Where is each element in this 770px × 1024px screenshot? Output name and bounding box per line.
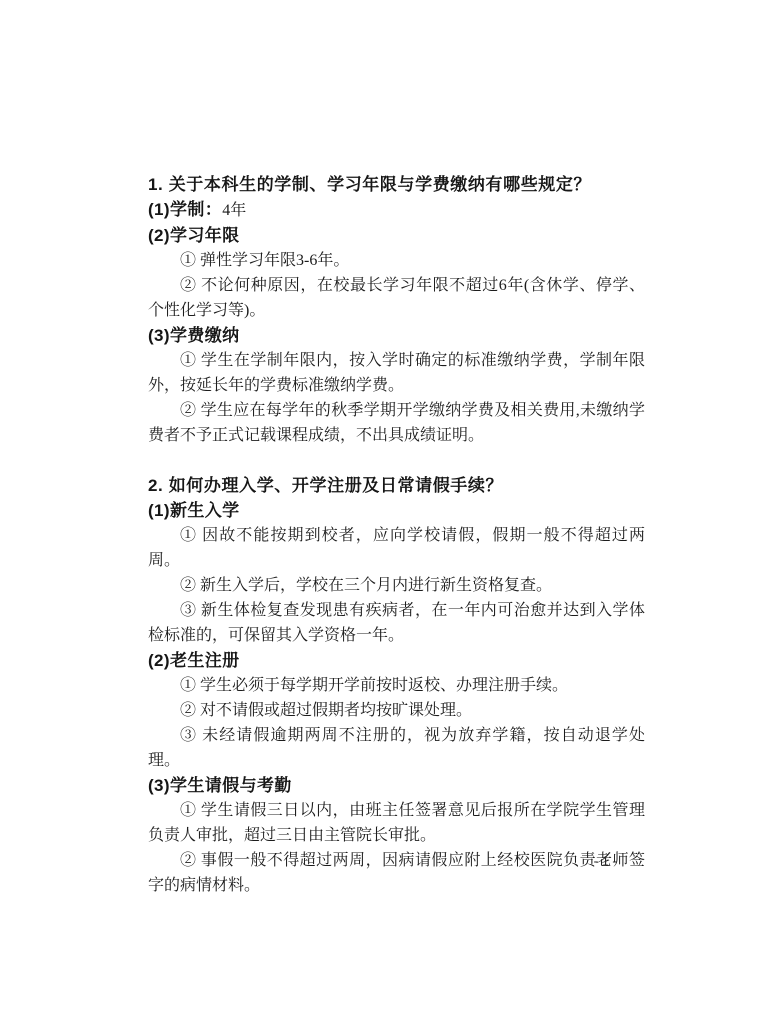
numbered-item: ① 学生必须于每学期开学前按时返校、办理注册手续。 <box>148 673 645 698</box>
subheading-label: (2)老生注册 <box>148 651 240 670</box>
numbered-item: ① 学生在学制年限内，按入学时确定的标准缴纳学费，学制年限外，按延长年的学费标准… <box>148 348 645 398</box>
section-1: 1. 关于本科生的学制、学习年限与学费缴纳有哪些规定？(1)学制：4年(2)学习… <box>148 172 645 448</box>
numbered-item: ③ 新生体检复查发现患有疾病者，在一年内可治愈并达到入学体检标准的，可保留其入学… <box>148 598 645 648</box>
page-number: - 1 - <box>594 854 617 869</box>
question-heading: 2. 如何办理入学、开学注册及日常请假手续？ <box>148 473 645 498</box>
subheading: (1)新生入学 <box>148 498 645 523</box>
subheading: (3)学费缴纳 <box>148 323 645 348</box>
numbered-item: ① 弹性学习年限3-6年。 <box>148 248 645 273</box>
subheading-label: (1)新生入学 <box>148 501 240 520</box>
subheading-label: (2)学习年限 <box>148 226 240 245</box>
question-heading: 1. 关于本科生的学制、学习年限与学费缴纳有哪些规定？ <box>148 172 645 197</box>
numbered-item: ① 因故不能按期到校者，应向学校请假，假期一般不得超过两周。 <box>148 523 645 573</box>
subheading: (2)学习年限 <box>148 223 645 248</box>
numbered-item: ③ 未经请假逾期两周不注册的，视为放弃学籍，按自动退学处理。 <box>148 723 645 773</box>
subheading: (3)学生请假与考勤 <box>148 773 645 798</box>
numbered-item: ② 新生入学后，学校在三个月内进行新生资格复查。 <box>148 573 645 598</box>
subheading: (2)老生注册 <box>148 648 645 673</box>
numbered-item: ② 学生应在每学年的秋季学期开学缴纳学费及相关费用,未缴纳学费者不予正式记载课程… <box>148 398 645 448</box>
subheading: (1)学制：4年 <box>148 197 645 223</box>
subheading-label: (3)学费缴纳 <box>148 326 240 345</box>
page-footer: - 1 - <box>148 852 645 872</box>
subheading-label: (3)学生请假与考勤 <box>148 776 292 795</box>
document-page: 1. 关于本科生的学制、学习年限与学费缴纳有哪些规定？(1)学制：4年(2)学习… <box>0 0 770 1024</box>
subheading-label: (1)学制： <box>148 200 222 219</box>
subheading-value: 4年 <box>222 202 246 219</box>
numbered-item: ② 不论何种原因，在校最长学习年限不超过6年(含休学、停学、个性化学习等)。 <box>148 273 645 323</box>
section-2: 2. 如何办理入学、开学注册及日常请假手续？(1)新生入学① 因故不能按期到校者… <box>148 473 645 898</box>
numbered-item: ① 学生请假三日以内，由班主任签署意见后报所在学院学生管理负责人审批，超过三日由… <box>148 798 645 848</box>
document-body: 1. 关于本科生的学制、学习年限与学费缴纳有哪些规定？(1)学制：4年(2)学习… <box>148 172 645 898</box>
numbered-item: ② 对不请假或超过假期者均按旷课处理。 <box>148 698 645 723</box>
